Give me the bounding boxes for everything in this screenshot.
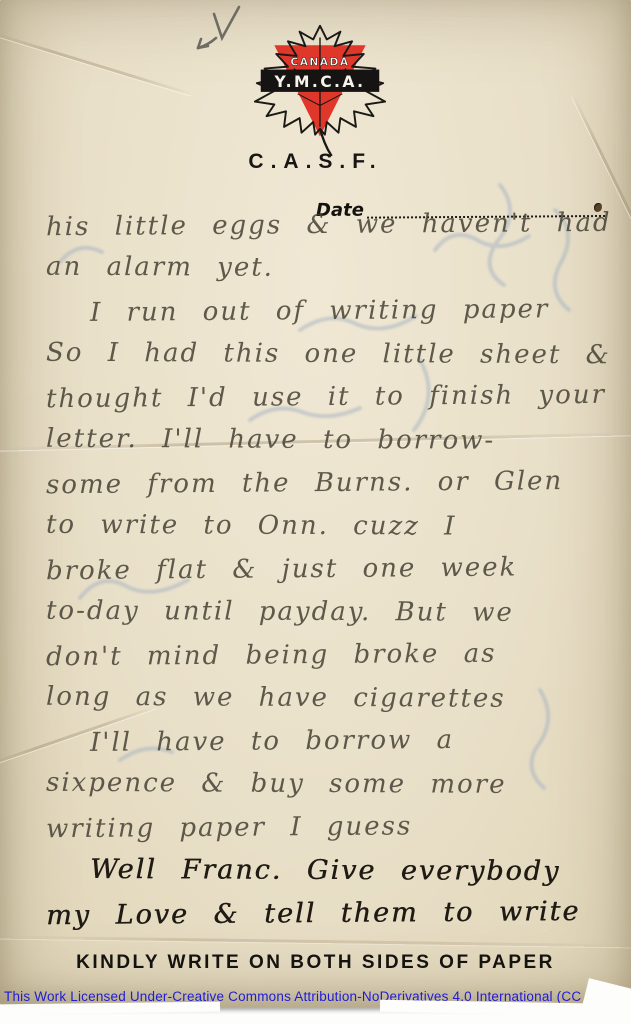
letter-line: letter. I'll have to borrow- — [46, 418, 612, 463]
handwritten-letter-body: his little eggs & we haven't had an alar… — [46, 204, 612, 935]
casf-heading: C.A.S.F. — [0, 150, 631, 174]
letter-line: an alarm yet. — [46, 246, 612, 291]
kindly-write-instruction: KINDLY WRITE ON BOTH SIDES OF PAPER — [0, 952, 631, 974]
letter-line: to-day until payday. But we — [46, 590, 612, 635]
letter-line: Well Franc. Give everybody — [46, 848, 612, 893]
letter-line: So I had this one little sheet & — [46, 332, 612, 377]
letter-line: to write to Onn. cuzz I — [46, 504, 612, 549]
letter-line: sixpence & buy some more — [46, 762, 612, 807]
letter-line: his little eggs & we haven't had — [46, 202, 612, 249]
paper-edge — [0, 1002, 220, 1015]
letter-line: some from the Burns. or Glen — [46, 460, 612, 507]
letter-line: long as we have cigarettes — [46, 676, 612, 721]
letter-line: I'll have to borrow a — [46, 718, 612, 765]
letter-line: thought I'd use it to finish your — [46, 374, 612, 421]
letter-line: I run out of writing paper — [46, 288, 612, 335]
logo-country-label: CANADA — [290, 56, 349, 69]
letter-line: don't mind being broke as — [46, 632, 612, 679]
scanned-letter: CANADA Y.M.C.A. C.A.S.F. Date his little… — [0, 0, 631, 1024]
letter-line: writing paper I guess — [46, 804, 612, 851]
ymca-canada-logo: CANADA Y.M.C.A. — [226, 20, 414, 156]
letter-line: broke flat & just one week — [46, 546, 612, 593]
logo-org-label: Y.M.C.A. — [274, 73, 366, 91]
letter-line: my Love & tell them to write — [46, 890, 612, 937]
